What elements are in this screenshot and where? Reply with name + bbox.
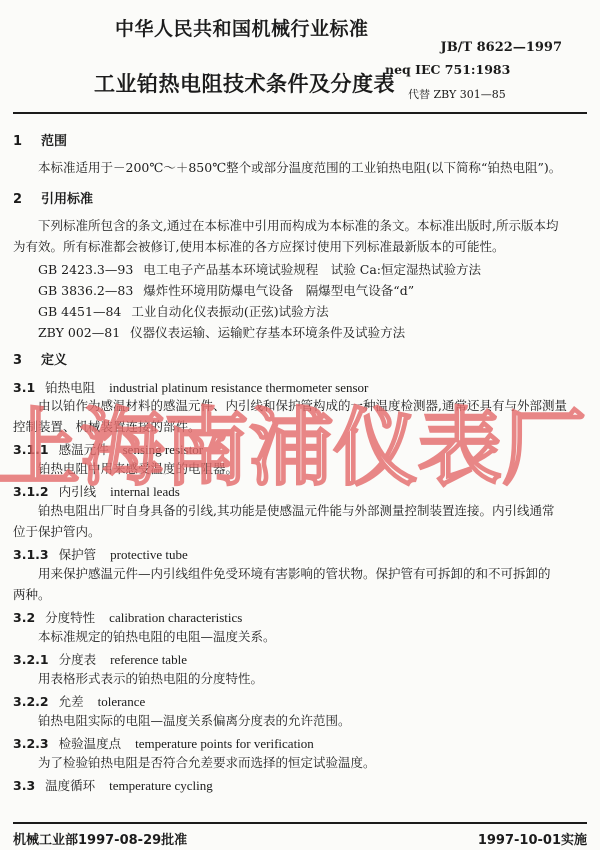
header-divider xyxy=(13,112,587,114)
definition-text: 本标准规定的铂热电阻的电阻—温度关系。 xyxy=(38,629,276,645)
definition-term-zh: 铂热电阻 xyxy=(45,380,95,395)
section-2-body-line-2: 为有效。所有标准都会被修订,使用本标准的各方应探讨使用下列标准最新版本的可能性。 xyxy=(13,239,504,255)
watermark-char: 浦 xyxy=(249,402,333,494)
definition-term-en: industrial platinum resistance thermomet… xyxy=(109,380,368,395)
definition-heading-3-1-2: 3.1.2内引线internal leads xyxy=(13,482,180,500)
definition-text: 铂热电阻实际的电阻—温度关系偏离分度表的允许范围。 xyxy=(38,713,351,729)
definition-term-en: reference table xyxy=(110,652,187,667)
standard-equivalence: neq IEC 751:1983 xyxy=(385,62,510,77)
definition-number: 3.1.3 xyxy=(13,547,49,562)
reference-title: 仪器仪表运输、运输贮存基本环境条件及试验方法 xyxy=(130,325,405,340)
definition-heading-3-2-1: 3.2.1分度表reference table xyxy=(13,650,187,668)
definition-heading-3-2-3: 3.2.3检验温度点temperature points for verific… xyxy=(13,734,314,752)
watermark-char: 表 xyxy=(418,402,502,494)
definition-text: 位于保护管内。 xyxy=(13,524,101,540)
reference-code: ZBY 002—81 xyxy=(38,325,120,340)
reference-item: ZBY 002—81仪器仪表运输、运输贮存基本环境条件及试验方法 xyxy=(38,323,405,341)
definition-number: 3.2.3 xyxy=(13,736,49,751)
definition-heading-3-1-1: 3.1.1感温元件sensing resistor xyxy=(13,440,203,458)
document-title: 工业铂热电阻技术条件及分度表 xyxy=(94,68,395,98)
definition-term-en: tolerance xyxy=(98,694,146,709)
section-number: 2 xyxy=(13,192,41,207)
approval-date: 机械工业部1997-08-29批准 xyxy=(13,829,187,848)
issuing-organization: 中华人民共和国机械行业标准 xyxy=(115,14,369,41)
section-number: 1 xyxy=(13,134,41,149)
footer-divider xyxy=(13,822,587,824)
definition-term-en: sensing resistor xyxy=(123,442,204,457)
reference-item: GB 2423.3—93电工电子产品基本环境试验规程 试验 Ca:恒定湿热试验方… xyxy=(38,260,481,278)
definition-heading-3-1-3: 3.1.3保护管protective tube xyxy=(13,545,188,563)
definition-number: 3.3 xyxy=(13,778,35,793)
definition-term-en: internal leads xyxy=(110,484,180,499)
definition-text: 用表格形式表示的铂热电阻的分度特性。 xyxy=(38,671,263,687)
section-heading-2: 2引用标准 xyxy=(13,188,93,207)
definition-term-zh: 分度表 xyxy=(59,652,97,667)
reference-title: 工业自动化仪表振动(正弦)试验方法 xyxy=(131,304,328,319)
definition-number: 3.2.1 xyxy=(13,652,49,667)
definition-number: 3.2 xyxy=(13,610,35,625)
reference-code: GB 3836.2—83 xyxy=(38,283,133,298)
section-title: 引用标准 xyxy=(41,192,93,207)
definition-term-en: calibration characteristics xyxy=(109,610,242,625)
definition-term-zh: 允差 xyxy=(59,694,84,709)
definition-text: 由以铂作为感温材料的感温元件、内引线和保护管构成的一种温度检测器,通常还具有与外… xyxy=(38,398,567,414)
definition-heading-3-2: 3.2分度特性calibration characteristics xyxy=(13,608,242,626)
definition-text: 两种。 xyxy=(13,587,51,603)
definition-term-zh: 感温元件 xyxy=(59,442,109,457)
definition-number: 3.2.2 xyxy=(13,694,49,709)
section-2-body-line-1: 下列标准所包含的条文,通过在本标准中引用而构成为本标准的条文。本标准出版时,所示… xyxy=(38,218,558,234)
definition-term-en: temperature cycling xyxy=(109,778,213,793)
reference-code: GB 2423.3—93 xyxy=(38,262,133,277)
standard-code: JB/T 8622—1997 xyxy=(441,40,562,55)
definition-term-zh: 保护管 xyxy=(59,547,97,562)
reference-item: GB 3836.2—83爆炸性环境用防爆电气设备 隔爆型电气设备“d” xyxy=(38,281,414,299)
definition-term-zh: 内引线 xyxy=(59,484,97,499)
section-number: 3 xyxy=(13,353,41,368)
definition-text: 为了检验铂热电阻是否符合允差要求而选择的恒定试验温度。 xyxy=(38,755,376,771)
watermark-char: 厂 xyxy=(502,402,586,494)
definition-term-zh: 温度循环 xyxy=(45,778,95,793)
definition-number: 3.1.1 xyxy=(13,442,49,457)
section-heading-3: 3定义 xyxy=(13,349,67,368)
definition-number: 3.1.2 xyxy=(13,484,49,499)
watermark-char: 仪 xyxy=(333,402,417,494)
definition-text: 控制装置、机械装置连接的部件。 xyxy=(13,419,201,435)
section-title: 范围 xyxy=(41,134,67,149)
definition-text: 用来保护感温元件—内引线组件免受环境有害影响的管状物。保护管有可拆卸的和不可拆卸… xyxy=(38,566,551,582)
definition-heading-3-1: 3.1铂热电阻industrial platinum resistance th… xyxy=(13,378,368,396)
section-heading-1: 1范围 xyxy=(13,130,67,149)
section-title: 定义 xyxy=(41,353,67,368)
definition-heading-3-3: 3.3温度循环temperature cycling xyxy=(13,776,213,794)
replaced-standard: 代替 ZBY 301—85 xyxy=(408,86,506,102)
definition-text: 铂热电阻出厂时自身具备的引线,其功能是使感温元件能与外部测量控制装置连接。内引线… xyxy=(38,503,554,519)
definition-heading-3-2-2: 3.2.2允差tolerance xyxy=(13,692,145,710)
section-1-body: 本标准适用于－200℃～＋850℃整个或部分温度范围的工业铂热电阻(以下简称“铂… xyxy=(38,160,561,176)
definition-term-en: protective tube xyxy=(110,547,188,562)
implementation-date: 1997-10-01实施 xyxy=(478,829,587,848)
reference-item: GB 4451—84工业自动化仪表振动(正弦)试验方法 xyxy=(38,302,329,320)
reference-title: 爆炸性环境用防爆电气设备 隔爆型电气设备“d” xyxy=(143,283,414,298)
reference-title: 电工电子产品基本环境试验规程 试验 Ca:恒定湿热试验方法 xyxy=(143,262,481,277)
definition-term-zh: 分度特性 xyxy=(45,610,95,625)
reference-code: GB 4451—84 xyxy=(38,304,121,319)
definition-number: 3.1 xyxy=(13,380,35,395)
definition-term-zh: 检验温度点 xyxy=(59,736,122,751)
definition-term-en: temperature points for verification xyxy=(135,736,314,751)
definition-text: 铂热电阻中用来感受温度的电阻器。 xyxy=(38,461,238,477)
